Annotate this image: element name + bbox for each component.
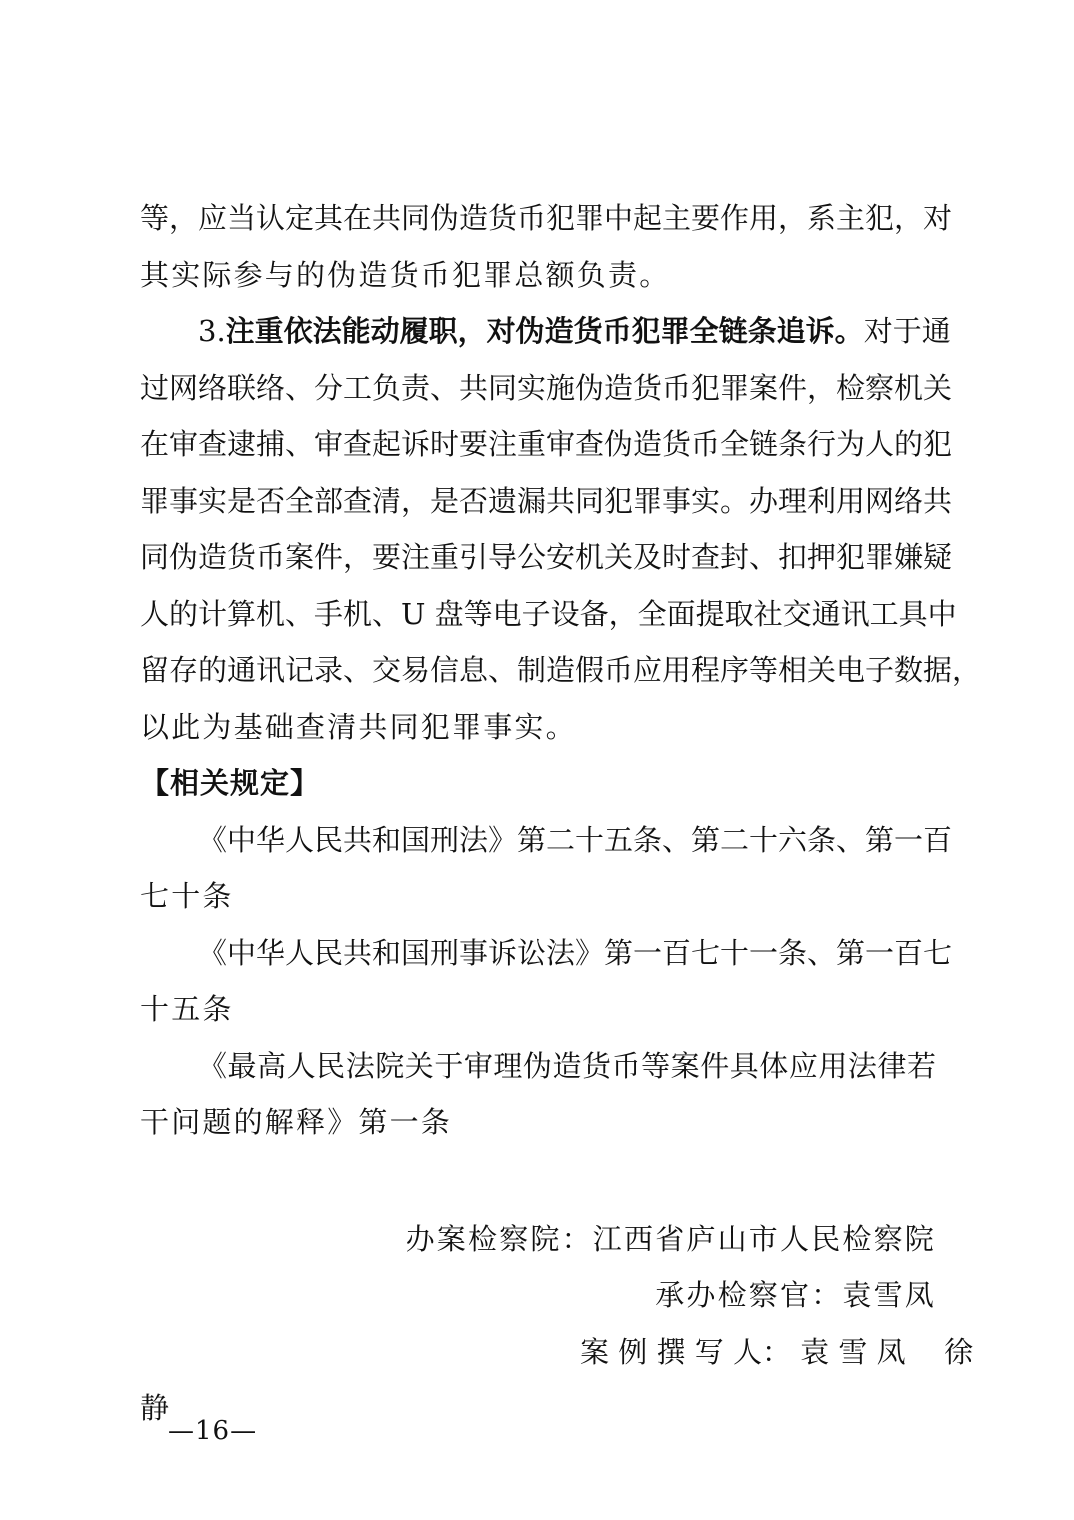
document-page: 等，应当认定其在共同伪造货币犯罪中起主要作用，系主犯，对 其实际参与的伪造货币犯…	[140, 190, 936, 1437]
body-text-line: 其实际参与的伪造货币犯罪总额负责。	[140, 247, 936, 304]
body-text-line: 等，应当认定其在共同伪造货币犯罪中起主要作用，系主犯，对	[140, 190, 936, 247]
body-text-line: 罪事实是否全部查清，是否遗漏共同犯罪事实。办理利用网络共	[140, 473, 936, 530]
section-heading: 【相关规定】	[140, 755, 936, 812]
provision-line: 干问题的解释》第一条	[140, 1094, 936, 1151]
spacer	[140, 1151, 936, 1211]
body-text-line: 同伪造货币案件，要注重引导公安机关及时查封、扣押犯罪嫌疑	[140, 529, 936, 586]
point-3-first-line: 3.注重依法能动履职，对伪造货币犯罪全链条追诉。对于通	[140, 303, 936, 360]
page-number: —16—	[168, 1416, 257, 1446]
body-text-line: 在审查逮捕、审查起诉时要注重审查伪造货币全链条行为人的犯	[140, 416, 936, 473]
prosecutor-line: 承办检察官：袁雪凤	[140, 1267, 936, 1324]
body-text-line: 以此为基础查清共同犯罪事实。	[140, 699, 936, 756]
point-number: 3.	[198, 314, 226, 348]
provision-line: 《中华人民共和国刑事诉讼法》第一百七十一条、第一百七	[140, 925, 936, 982]
writers-char: 雪	[838, 1335, 867, 1369]
provision-line: 《最高人民法院关于审理伪造货币等案件具体应用法律若	[140, 1038, 936, 1095]
writers-char: 例	[618, 1335, 647, 1369]
body-text-line: 人的计算机、手机、U 盘等电子设备，全面提取社交通讯工具中	[140, 586, 936, 643]
writers-char: 写	[695, 1335, 724, 1369]
writers-char: 案	[580, 1335, 609, 1369]
provision-line: 《中华人民共和国刑法》第二十五条、第二十六条、第一百	[140, 812, 936, 869]
point-text: 对于通	[864, 314, 951, 348]
body-text-line: 留存的通讯记录、交易信息、制造假币应用程序等相关电子数据，	[140, 642, 936, 699]
writers-line: 案 例 撰 写 人： 袁 雪 凤 徐	[140, 1324, 936, 1381]
writers-char: 人：	[733, 1335, 791, 1369]
procuratorate-line: 办案检察院：江西省庐山市人民检察院	[140, 1211, 936, 1268]
writers-char: 撰	[656, 1335, 685, 1369]
writers-char: 凤	[877, 1335, 906, 1369]
provision-line: 七十条	[140, 868, 936, 925]
body-text-line: 过网络联络、分工负责、共同实施伪造货币犯罪案件，检察机关	[140, 360, 936, 417]
writers-char: 袁	[800, 1335, 829, 1369]
writers-line-continued: 静	[140, 1380, 936, 1437]
point-title: 注重依法能动履职，对伪造货币犯罪全链条追诉。	[226, 314, 864, 348]
writers-char: 徐	[944, 1335, 973, 1369]
provision-line: 十五条	[140, 981, 936, 1038]
